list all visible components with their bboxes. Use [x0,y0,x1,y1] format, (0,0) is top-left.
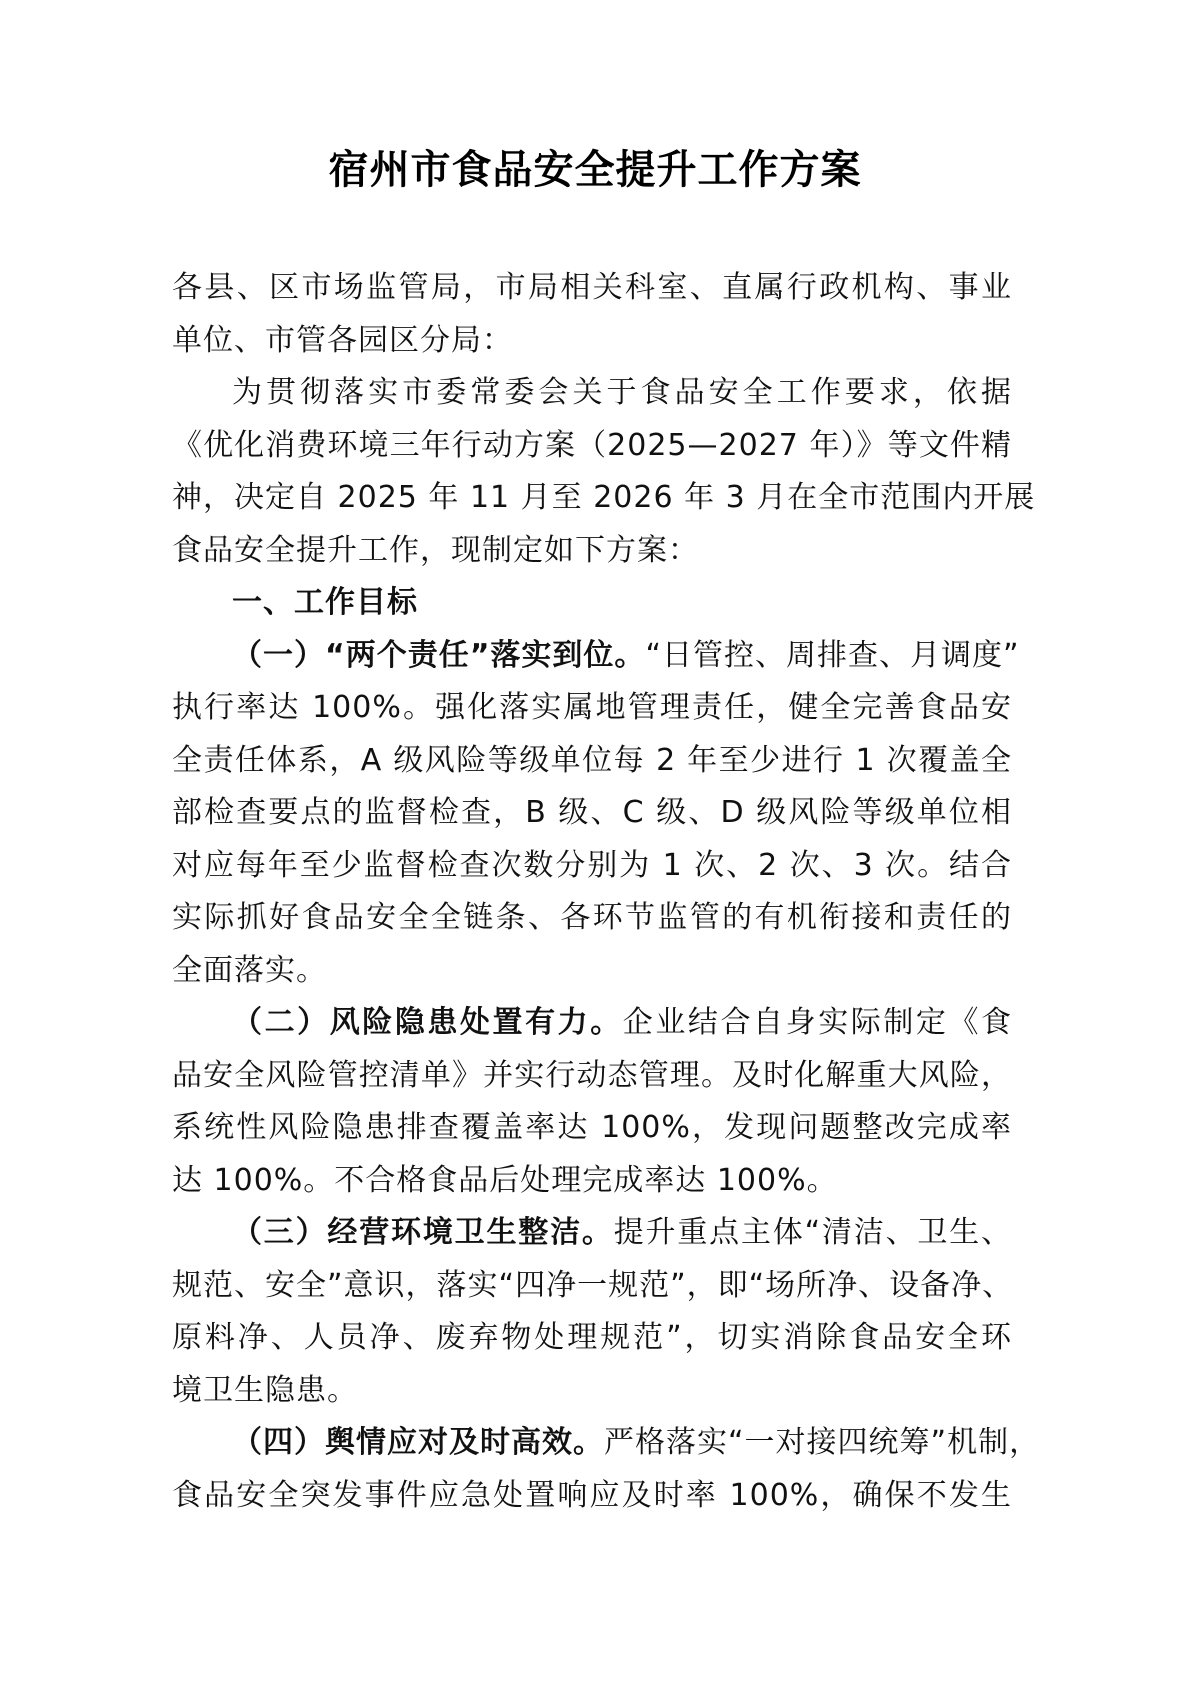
item3-line-3: 原料净、人员净、废弃物处理规范”，切实消除食品安全环 [172,1312,1012,1365]
item2-line-1: （二）风险隐患处置有力。企业结合自身实际制定《食 [172,997,1012,1050]
item4-line-1-text: 严格落实“一对接四统筹”机制， [604,1425,1040,1460]
item3-line-1-text: 提升重点主体“清洁、卫生、 [614,1215,1012,1250]
item2-line-2: 品安全风险管控清单》并实行动态管理。及时化解重大风险， [172,1050,1012,1103]
section-heading-goals: 一、工作目标 [172,577,1012,630]
item4-lead: （四）舆情应对及时高效。 [232,1425,604,1460]
intro-line-3: 神，决定自 2025 年 11 月至 2026 年 3 月在全市范围内开展 [172,472,1012,525]
item2-line-4: 达 100%。不合格食品后处理完成率达 100%。 [172,1155,1012,1208]
item1-line-1: （一）“两个责任”落实到位。“日管控、周排查、月调度” [172,630,1012,683]
item1-line-1-text: “日管控、周排查、月调度” [645,638,1019,673]
item4-line-1: （四）舆情应对及时高效。严格落实“一对接四统筹”机制， [172,1417,1012,1470]
item2-line-1-text: 企业结合自身实际制定《食 [623,1005,1012,1040]
document-body: 各县、区市场监管局，市局相关科室、直属行政机构、事业 单位、市管各园区分局： 为… [172,262,1012,1522]
item1-line-7: 全面落实。 [172,945,1012,998]
salutation-line-1: 各县、区市场监管局，市局相关科室、直属行政机构、事业 [172,262,1012,315]
item3-line-4: 境卫生隐患。 [172,1365,1012,1418]
item1-line-4: 部检查要点的监督检查，B 级、C 级、D 级风险等级单位相 [172,787,1012,840]
intro-line-2: 《优化消费环境三年行动方案（2025—2027 年）》等文件精 [172,420,1012,473]
item2-lead: （二）风险隐患处置有力。 [232,1005,623,1040]
intro-line-4: 食品安全提升工作，现制定如下方案： [172,525,1012,578]
item3-line-2: 规范、安全”意识，落实“四净一规范”，即“场所净、设备净、 [172,1260,1012,1313]
item1-line-5: 对应每年至少监督检查次数分别为 1 次、2 次、3 次。结合 [172,840,1012,893]
item3-lead: （三）经营环境卫生整洁。 [232,1215,614,1250]
intro-line-1: 为贯彻落实市委常委会关于食品安全工作要求，依据 [172,367,1012,420]
item1-line-6: 实际抓好食品安全全链条、各环节监管的有机衔接和责任的 [172,892,1012,945]
item3-line-1: （三）经营环境卫生整洁。提升重点主体“清洁、卫生、 [172,1207,1012,1260]
item1-line-3: 全责任体系，A 级风险等级单位每 2 年至少进行 1 次覆盖全 [172,735,1012,788]
item1-lead: （一）“两个责任”落实到位。 [232,638,645,673]
document-page: 宿州市食品安全提升工作方案 各县、区市场监管局，市局相关科室、直属行政机构、事业… [0,0,1190,1684]
document-title: 宿州市食品安全提升工作方案 [0,138,1190,195]
item2-line-3: 系统性风险隐患排查覆盖率达 100%，发现问题整改完成率 [172,1102,1012,1155]
salutation-line-2: 单位、市管各园区分局： [172,315,1012,368]
item4-line-2: 食品安全突发事件应急处置响应及时率 100%，确保不发生 [172,1470,1012,1523]
item1-line-2: 执行率达 100%。强化落实属地管理责任，健全完善食品安 [172,682,1012,735]
